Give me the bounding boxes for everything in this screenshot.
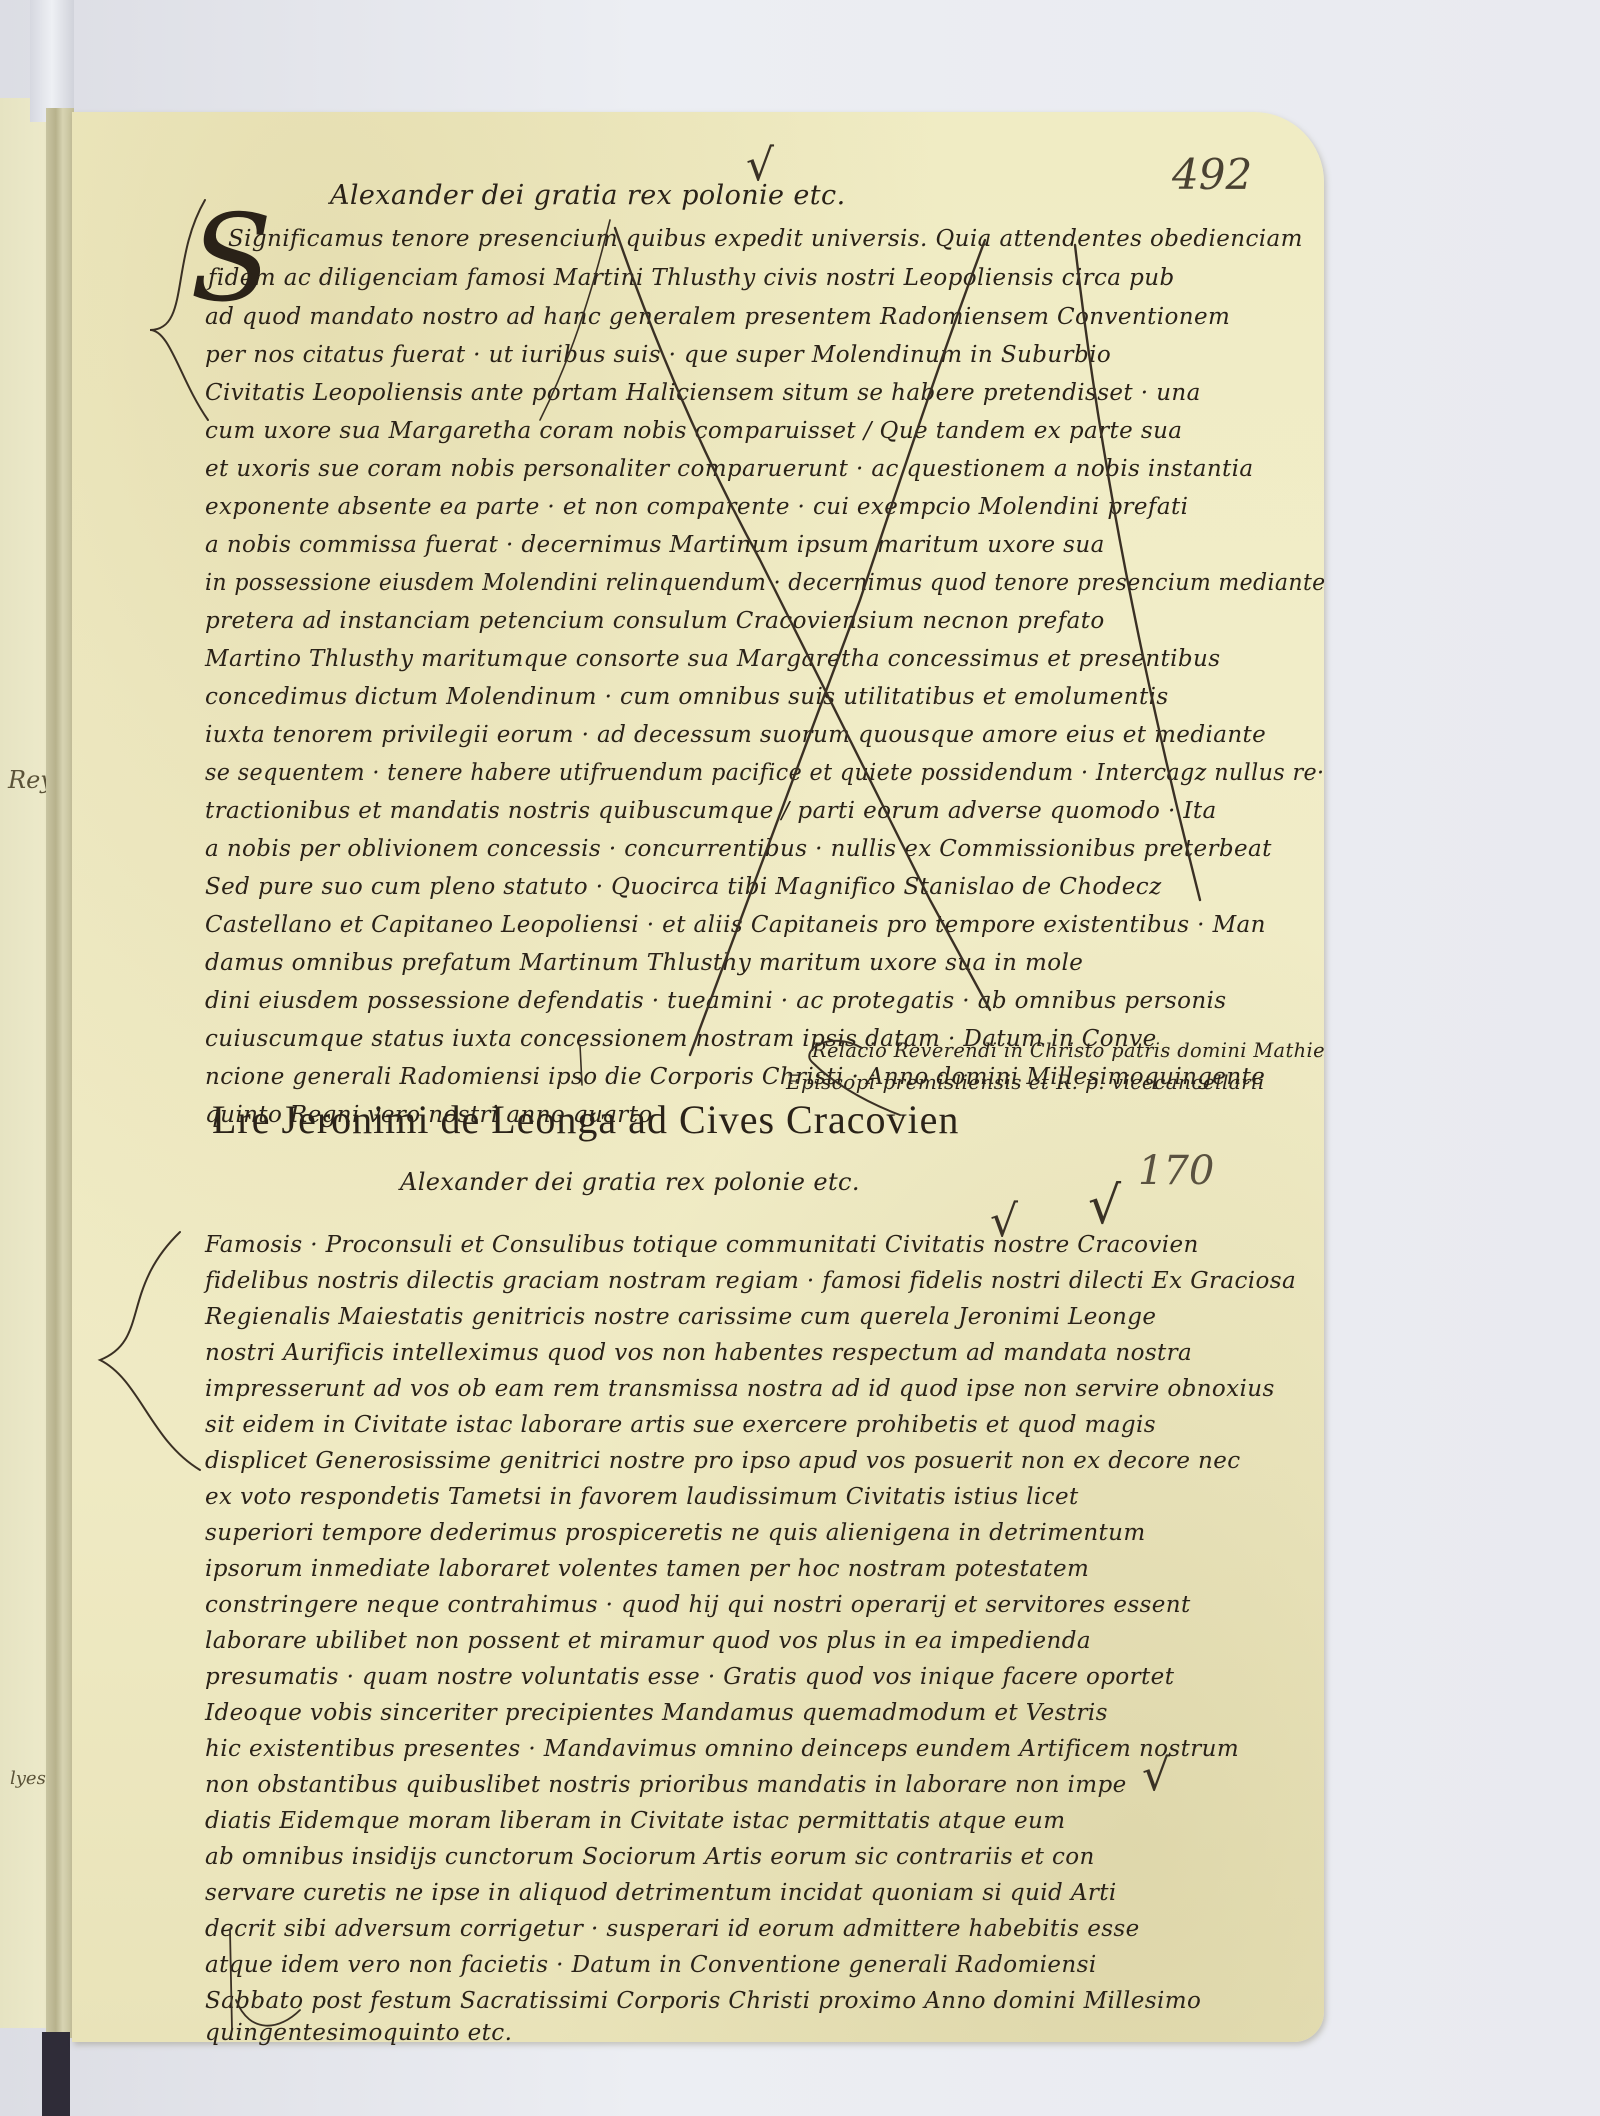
text-line: a nobis per oblivionem concessis · concu…: [205, 836, 1272, 862]
text-line: fidelibus nostris dilectis graciam nostr…: [205, 1268, 1296, 1294]
text-line: Sabbato post festum Sacratissimi Corpori…: [205, 1988, 1201, 2014]
entry2-rubric: Lre Jeronimi de Leonga ad Cives Cracovie…: [212, 1096, 959, 1143]
text-line: a nobis commissa fuerat · decernimus Mar…: [205, 532, 1105, 558]
text-line: in possessione eiusdem Molendini relinqu…: [205, 570, 1326, 596]
text-line: presumatis · quam nostre voluntatis esse…: [205, 1664, 1174, 1690]
text-line: Ideoque vobis sinceriter precipientes Ma…: [205, 1700, 1108, 1726]
text-line: Famosis · Proconsuli et Consulibus totiq…: [205, 1232, 1199, 1258]
check-mark-icon: √: [1088, 1176, 1121, 1236]
text-line: atque idem vero non facietis · Datum in …: [205, 1952, 1097, 1978]
text-line: servare curetis ne ipse in aliquod detri…: [205, 1880, 1117, 1906]
text-line: Sed pure suo cum pleno statuto · Quocirc…: [205, 874, 1162, 900]
text-line: Significamus tenore presencium quibus ex…: [228, 226, 1303, 252]
text-line: nostri Aurificis intelleximus quod vos n…: [205, 1340, 1192, 1366]
text-line: dini eiusdem possessione defendatis · tu…: [205, 988, 1227, 1014]
text-line: Martino Thlusthy maritumque consorte sua…: [205, 646, 1220, 672]
relatio-line: Episcopi premisliensis et R. p. vicecanc…: [786, 1070, 1265, 1094]
text-line: impresserunt ad vos ob eam rem transmiss…: [205, 1376, 1275, 1402]
text-line: sit eidem in Civitate istac laborare art…: [205, 1412, 1156, 1438]
text-line: ipsorum inmediate laboraret volentes tam…: [205, 1556, 1089, 1582]
text-line: cum uxore sua Margaretha coram nobis com…: [205, 418, 1182, 444]
text-line: et uxoris sue coram nobis personaliter c…: [205, 456, 1254, 482]
text-line: pretera ad instanciam petencium consulum…: [205, 608, 1105, 634]
text-line: tractionibus et mandatis nostris quibusc…: [205, 798, 1217, 824]
text-line: se sequentem · tenere habere utifruendum…: [205, 760, 1325, 786]
margin-number: 170: [1138, 1148, 1214, 1194]
text-line: constringere neque contrahimus · quod hi…: [205, 1592, 1191, 1618]
binding-top: [30, 0, 74, 122]
text-line: Civitatis Leopoliensis ante portam Halic…: [205, 380, 1201, 406]
text-line: ad quod mandato nostro ad hanc generalem…: [205, 304, 1230, 330]
text-line: Regienalis Maiestatis genitricis nostre …: [205, 1304, 1156, 1330]
text-line: per nos citatus fuerat · ut iuribus suis…: [205, 342, 1111, 368]
relatio-line: Relacio Reverendi in Christo patris domi…: [812, 1038, 1325, 1062]
text-line: fidem ac diligenciam famosi Martini Thlu…: [208, 265, 1175, 291]
text-line: concedimus dictum Molendinum · cum omnib…: [205, 684, 1169, 710]
binding-gutter: [46, 108, 74, 2038]
text-line: damus omnibus prefatum Martinum Thlusthy…: [205, 950, 1083, 976]
text-line: laborare ubilibet non possent et miramur…: [205, 1628, 1091, 1654]
check-mark-icon: √: [746, 140, 774, 191]
binding-strap: [42, 2032, 70, 2116]
entry2-heading: Alexander dei gratia rex polonie etc.: [400, 1168, 860, 1196]
text-line: quingentesimoquinto etc.: [205, 2020, 512, 2046]
text-line: non obstantibus quibuslibet nostris prio…: [205, 1772, 1127, 1798]
prev-page-marginalia: lyes: [10, 1768, 46, 1789]
text-line: superiori tempore dederimus prospicereti…: [205, 1520, 1146, 1546]
text-line: ex voto respondetis Tametsi in favorem l…: [205, 1484, 1079, 1510]
text-line: diatis Eidemque moram liberam in Civitat…: [205, 1808, 1065, 1834]
text-line: iuxta tenorem privilegii eorum · ad dece…: [205, 722, 1266, 748]
folio-number: 492: [1172, 150, 1252, 199]
text-line: exponente absente ea parte · et non comp…: [205, 494, 1188, 520]
text-line: ab omnibus insidijs cunctorum Sociorum A…: [205, 1844, 1095, 1870]
text-line: Castellano et Capitaneo Leopoliensi · et…: [205, 912, 1266, 938]
text-line: hic existentibus presentes · Mandavimus …: [205, 1736, 1239, 1762]
text-line: displicet Generosissime genitrici nostre…: [205, 1448, 1241, 1474]
text-line: decrit sibi adversum corrigetur · susper…: [205, 1916, 1140, 1942]
